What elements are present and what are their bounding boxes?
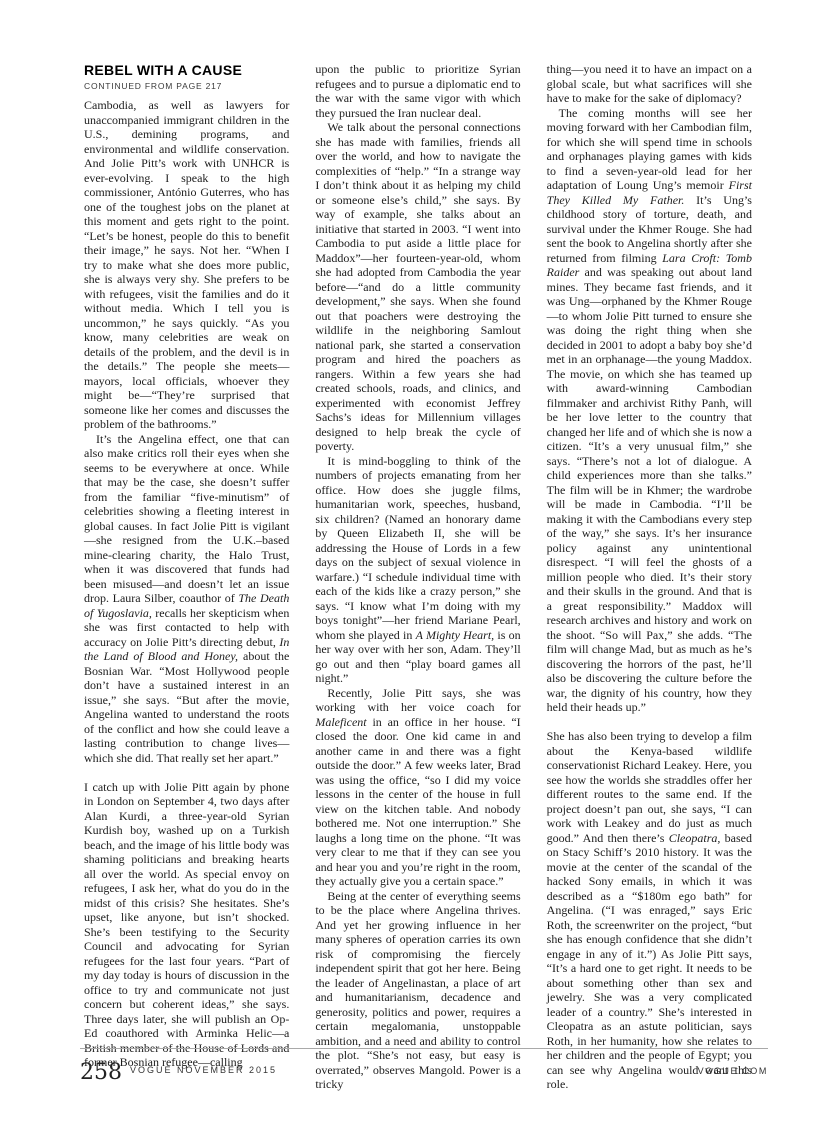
paragraph: Cambodia, as well as lawyers for unaccom…: [84, 98, 289, 432]
magazine-name: VOGUE NOVEMBER 2015: [130, 1065, 277, 1075]
website-label: VOGUE.COM: [698, 1066, 768, 1076]
article-title: REBEL WITH A CAUSE: [84, 62, 289, 78]
page-number: 258: [80, 1062, 122, 1084]
paragraph: Recently, Jolie Pitt says, she was worki…: [315, 686, 520, 889]
text-column: REBEL WITH A CAUSE CONTINUED FROM PAGE 2…: [84, 62, 289, 1092]
article-body: REBEL WITH A CAUSE CONTINUED FROM PAGE 2…: [84, 62, 752, 1092]
text-column: thing—you need it to have an impact on a…: [547, 62, 752, 1092]
paragraph: The coming months will see her moving fo…: [547, 106, 752, 715]
page-footer: 258 VOGUE NOVEMBER 2015 VOGUE.COM: [80, 1062, 768, 1084]
paragraph: thing—you need it to have an impact on a…: [547, 62, 752, 106]
paragraph: It’s the Angelina effect, one that can a…: [84, 432, 289, 766]
magazine-page: REBEL WITH A CAUSE CONTINUED FROM PAGE 2…: [0, 0, 835, 1133]
paragraph: It is mind-boggling to think of the numb…: [315, 454, 520, 686]
paragraph: She has also been trying to develop a fi…: [547, 729, 752, 1092]
folio: 258 VOGUE NOVEMBER 2015: [80, 1062, 277, 1084]
article-header: REBEL WITH A CAUSE CONTINUED FROM PAGE 2…: [84, 62, 289, 91]
paragraph: upon the public to prioritize Syrian ref…: [315, 62, 520, 120]
paragraph: We talk about the personal connections s…: [315, 120, 520, 454]
footer-divider: [80, 1048, 768, 1049]
text-column: upon the public to prioritize Syrian ref…: [315, 62, 520, 1092]
continued-from-note: CONTINUED FROM PAGE 217: [84, 81, 289, 91]
paragraph: I catch up with Jolie Pitt again by phon…: [84, 780, 289, 1070]
